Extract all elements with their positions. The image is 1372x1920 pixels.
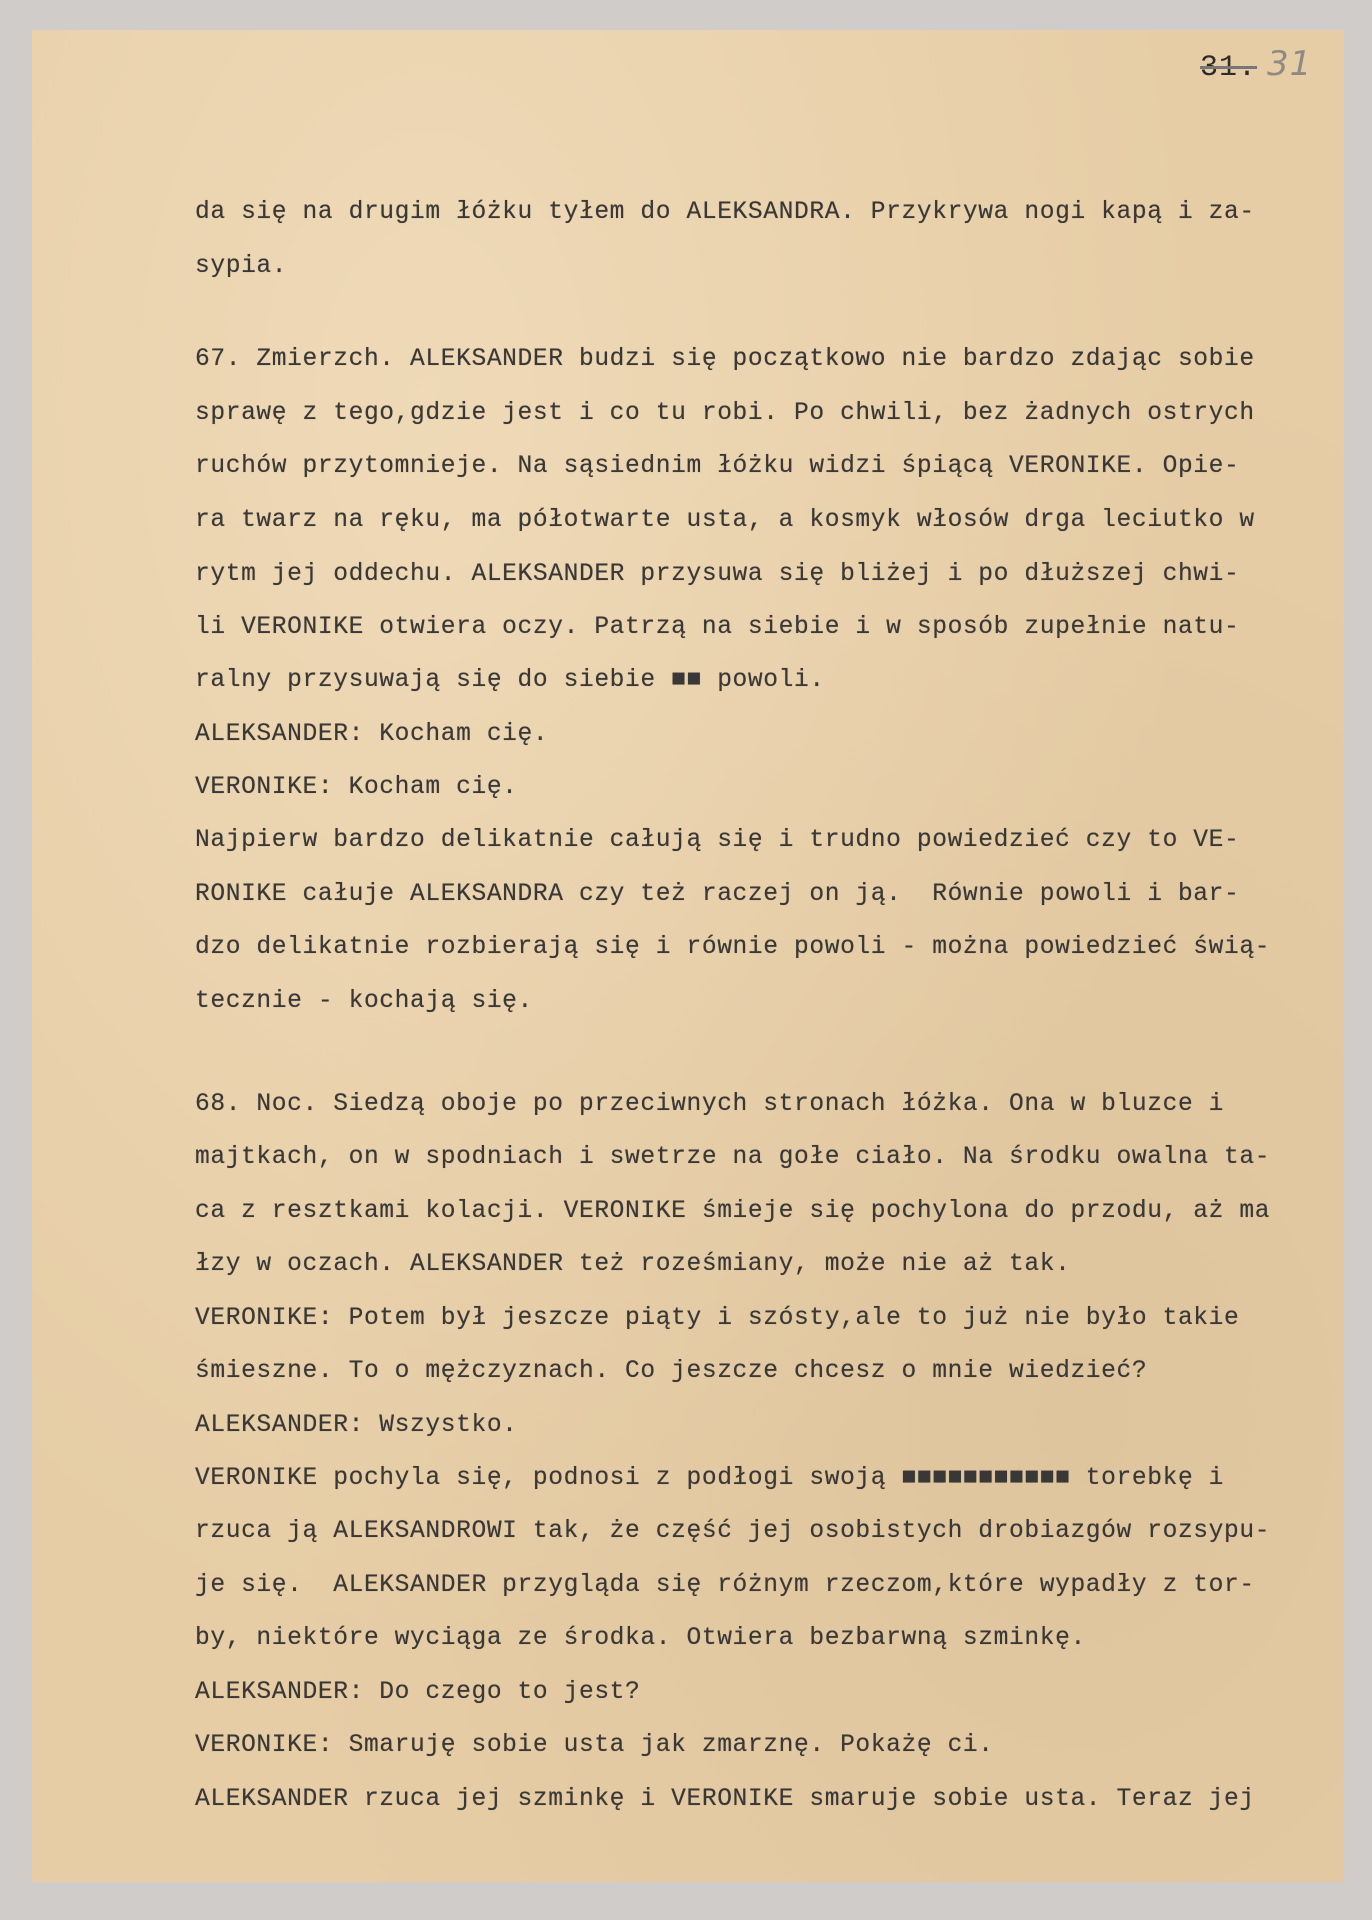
text-line: sypia. <box>195 252 287 282</box>
text-line: VERONIKE: Smaruję sobie usta jak zmarznę… <box>195 1731 994 1761</box>
text-line: majtkach, on w spodniach i swetrze na go… <box>195 1143 1270 1173</box>
text-line: je się. ALEKSANDER przygląda się różnym … <box>195 1571 1255 1601</box>
text-line: dzo delikatnie rozbierają się i równie p… <box>195 933 1270 963</box>
text-line: łzy w oczach. ALEKSANDER też roześmiany,… <box>195 1250 1070 1280</box>
text-line: ruchów przytomnieje. Na sąsiednim łóżku … <box>195 452 1239 482</box>
text-line: rzuca ją ALEKSANDROWI tak, że część jej … <box>195 1517 1270 1547</box>
page-number-typed: 31. <box>1200 51 1257 85</box>
text-line: ALEKSANDER: Wszystko. <box>195 1411 518 1441</box>
text-line: VERONIKE pochyla się, podnosi z podłogi … <box>195 1464 1224 1494</box>
text-line: 67. Zmierzch. ALEKSANDER budzi się począ… <box>195 345 1255 375</box>
text-line: rytm jej oddechu. ALEKSANDER przysuwa si… <box>195 560 1239 590</box>
page-number: 31.31 <box>1200 44 1312 85</box>
page-number-pencil: 31 <box>1267 44 1312 84</box>
text-line: ALEKSANDER rzuca jej szminkę i VERONIKE … <box>195 1785 1255 1815</box>
text-line: da się na drugim łóżku tyłem do ALEKSAND… <box>195 198 1255 228</box>
text-line: ALEKSANDER: Kocham cię. <box>195 720 548 750</box>
text-line: ra twarz na ręku, ma półotwarte usta, a … <box>195 506 1255 536</box>
text-line: VERONIKE: Potem był jeszcze piąty i szós… <box>195 1304 1239 1334</box>
text-line: śmieszne. To o mężczyznach. Co jeszcze c… <box>195 1357 1147 1387</box>
text-line: VERONIKE: Kocham cię. <box>195 773 518 803</box>
text-line: tecznie - kochają się. <box>195 987 533 1017</box>
text-line: li VERONIKE otwiera oczy. Patrzą na sieb… <box>195 613 1239 643</box>
text-line: sprawę z tego,gdzie jest i co tu robi. P… <box>195 399 1255 429</box>
text-line: ALEKSANDER: Do czego to jest? <box>195 1678 640 1708</box>
text-line: 68. Noc. Siedzą oboje po przeciwnych str… <box>195 1090 1224 1120</box>
text-line: by, niektóre wyciąga ze środka. Otwiera … <box>195 1624 1086 1654</box>
text-line: Najpierw bardzo delikatnie całują się i … <box>195 826 1239 856</box>
text-line: ralny przysuwają się do siebie ■■ powoli… <box>195 666 825 696</box>
text-line: RONIKE całuje ALEKSANDRA czy też raczej … <box>195 880 1239 910</box>
text-line: ca z resztkami kolacji. VERONIKE śmieje … <box>195 1197 1270 1227</box>
